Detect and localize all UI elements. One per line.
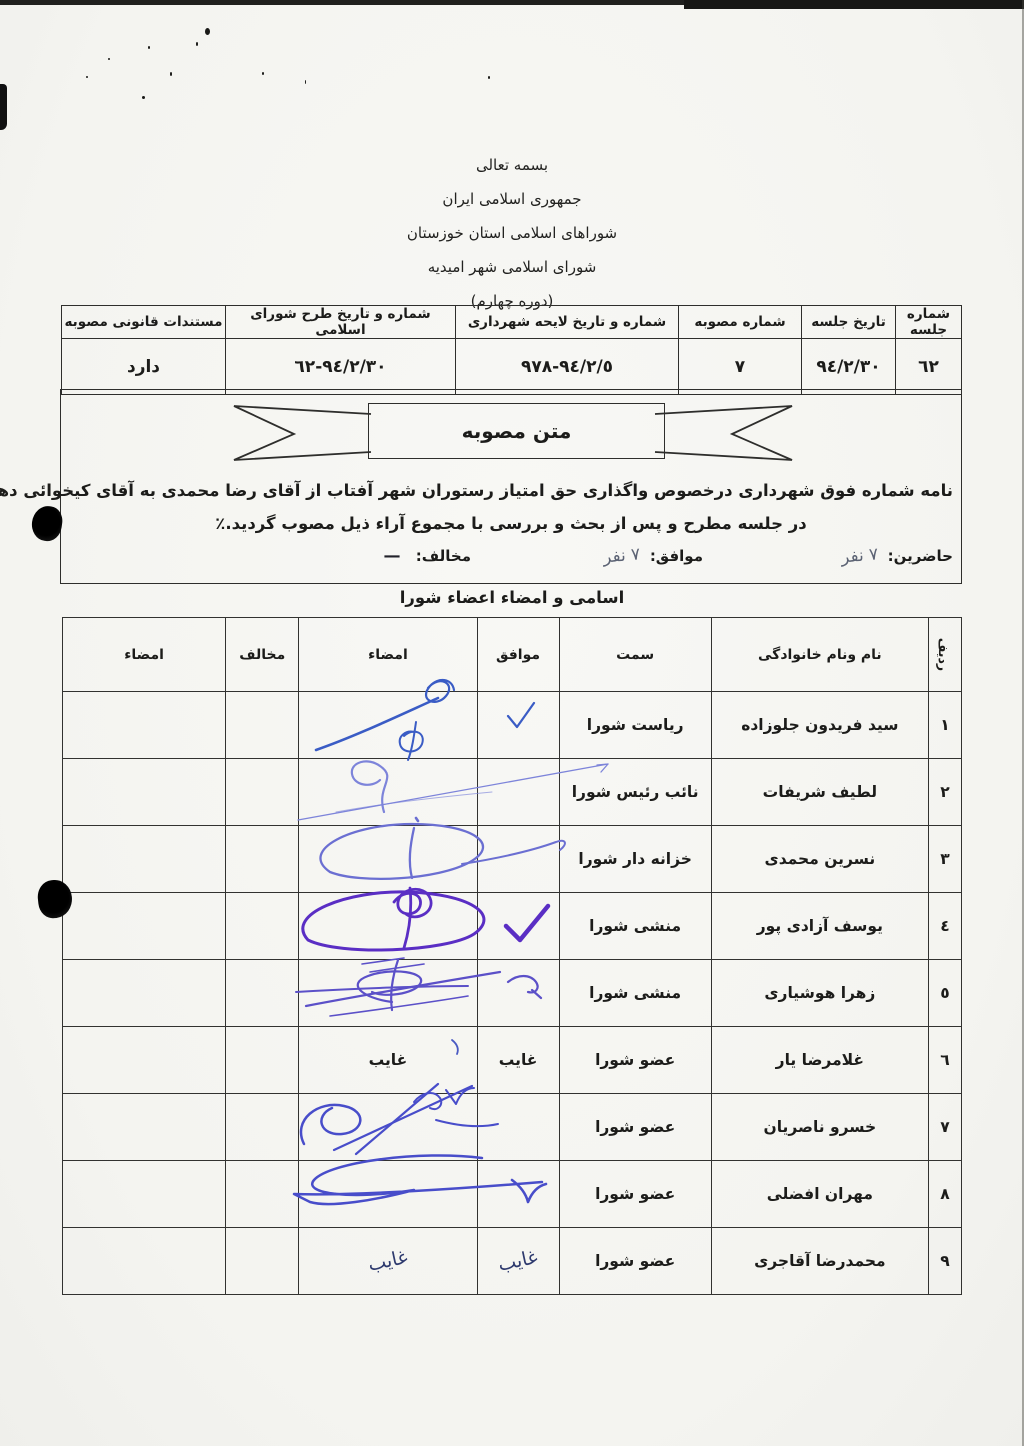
- meta-legal-docs: دارد: [62, 339, 226, 395]
- resolution-meta-table: شماره جلسه تاریخ جلسه شماره مصوبه شماره …: [61, 305, 962, 395]
- present-count: حاضرین: ٧ نفر: [841, 546, 953, 566]
- resolution-text-line-1: نامه شماره فوق شهرداری درخصوص واگذاری حق…: [69, 474, 953, 507]
- resolution-banner: متن مصوبه: [368, 403, 665, 459]
- col-oppose: مخالف: [226, 618, 299, 692]
- header-line-city-council: شورای اسلامی شهر امیدیه: [0, 250, 1024, 284]
- col-signature-2: امضاء: [63, 618, 226, 692]
- oppose-count: مخالف: —: [384, 546, 471, 566]
- meta-value-row: ٦٢ ٩٤/٢/٣٠ ٧ ٩٤/٢/٥-٩٧٨ ٩٤/٢/٣٠-٦٢ دارد: [62, 339, 962, 395]
- member-row-8: ٨ مهران افضلی عضو شورا: [63, 1161, 962, 1228]
- member-row-7: ٧ خسرو ناصریان عضو شورا: [63, 1094, 962, 1161]
- meta-col-plan-no-date: شماره و تاریخ طرح شورای اسلامی: [226, 306, 456, 339]
- ink-speckle: [305, 80, 306, 84]
- header-line-country: جمهوری اسلامی ایران: [0, 182, 1024, 216]
- col-row-number: ردیف: [928, 618, 961, 692]
- member-row-4: ٤ یوسف آزادی پور منشی شورا: [63, 893, 962, 960]
- member-row-3: ٣ نسرین محمدی خزانه دار شورا: [63, 826, 962, 893]
- meta-bill-no-date: ٩٤/٢/٥-٩٧٨: [456, 339, 679, 395]
- agree-label: موافق:: [650, 547, 703, 565]
- ink-speckle: [205, 28, 210, 35]
- ink-speckle: [86, 76, 88, 78]
- scanned-document-page: بسمه تعالی جمهوری اسلامی ایران شوراهای ا…: [0, 0, 1024, 1446]
- oppose-value-dash: —: [384, 546, 401, 566]
- ink-speckle: [196, 42, 198, 46]
- header-line-province-councils: شوراهای اسلامی استان خوزستان: [0, 216, 1024, 250]
- ink-speckle: [142, 96, 145, 99]
- meta-col-resolution-no: شماره مصوبه: [679, 306, 802, 339]
- members-signature-table: ردیف نام ونام خانوادگی سمت موافق امضاء م…: [62, 617, 962, 1295]
- members-table-title: اسامی و امضاء اعضاء شورا: [0, 588, 1024, 607]
- present-label: حاضرین:: [888, 547, 953, 565]
- member-row-5: ٥ زهرا هوشیاری منشی شورا: [63, 960, 962, 1027]
- ink-speckle: [170, 72, 172, 76]
- present-value-handwritten: ٧ نفر: [840, 544, 879, 567]
- meta-session-date: ٩٤/٢/٣٠: [802, 339, 896, 395]
- meta-header-row: شماره جلسه تاریخ جلسه شماره مصوبه شماره …: [62, 306, 962, 339]
- member-row-6: ٦ غلامرضا یار عضو شورا غایب غایب: [63, 1027, 962, 1094]
- meta-col-session-no: شماره جلسه: [896, 306, 962, 339]
- agree-value-handwritten: ٧ نفر: [603, 544, 642, 567]
- meta-session-no: ٦٢: [896, 339, 962, 395]
- absent-note-handwritten: غایب: [477, 1228, 559, 1295]
- col-signature: امضاء: [299, 618, 477, 692]
- document-header: بسمه تعالی جمهوری اسلامی ایران شوراهای ا…: [0, 148, 1024, 318]
- attendance-line: حاضرین: ٧ نفر موافق: ٧ نفر مخالف: —: [61, 546, 961, 578]
- oppose-label: مخالف:: [416, 547, 471, 565]
- ink-speckle: [488, 76, 490, 79]
- agree-count: موافق: ٧ نفر: [603, 546, 703, 566]
- ink-speckle: [262, 72, 264, 75]
- col-full-name: نام ونام خانوادگی: [711, 618, 928, 692]
- members-header-row: ردیف نام ونام خانوادگی سمت موافق امضاء م…: [63, 618, 962, 692]
- member-row-1: ١ سید فریدون جلوزاده ریاست شورا: [63, 692, 962, 759]
- scan-mark-left-edge: [0, 84, 7, 130]
- resolution-text-line-2: در جلسه مطرح و پس از بحث و بررسی با مجمو…: [69, 507, 953, 540]
- absent-note-typed: غایب: [477, 1027, 559, 1094]
- header-line-basmala: بسمه تعالی: [0, 148, 1024, 182]
- absent-note-typed: غایب: [299, 1027, 477, 1094]
- ink-speckle: [148, 46, 150, 49]
- resolution-section: متن مصوبه نامه شماره فوق شهرداری درخصوص …: [60, 389, 962, 584]
- meta-col-legal-docs: مستندات قانونی مصوبه: [62, 306, 226, 339]
- absent-note-handwritten: غایب: [299, 1228, 477, 1295]
- col-agree: موافق: [477, 618, 559, 692]
- scan-edge-top-right: [684, 0, 1024, 9]
- member-row-2: ٢ لطیف شریفات نائب رئیس شورا: [63, 759, 962, 826]
- meta-plan-no-date: ٩٤/٢/٣٠-٦٢: [226, 339, 456, 395]
- meta-col-bill-no-date: شماره و تاریخ لایحه شهرداری: [456, 306, 679, 339]
- col-position: سمت: [559, 618, 711, 692]
- meta-resolution-no: ٧: [679, 339, 802, 395]
- ink-speckle: [108, 58, 110, 60]
- resolution-body: نامه شماره فوق شهرداری درخصوص واگذاری حق…: [69, 474, 953, 540]
- meta-col-session-date: تاریخ جلسه: [802, 306, 896, 339]
- member-row-9: ٩ محمدرضا آقاجری عضو شورا غایب غایب: [63, 1228, 962, 1295]
